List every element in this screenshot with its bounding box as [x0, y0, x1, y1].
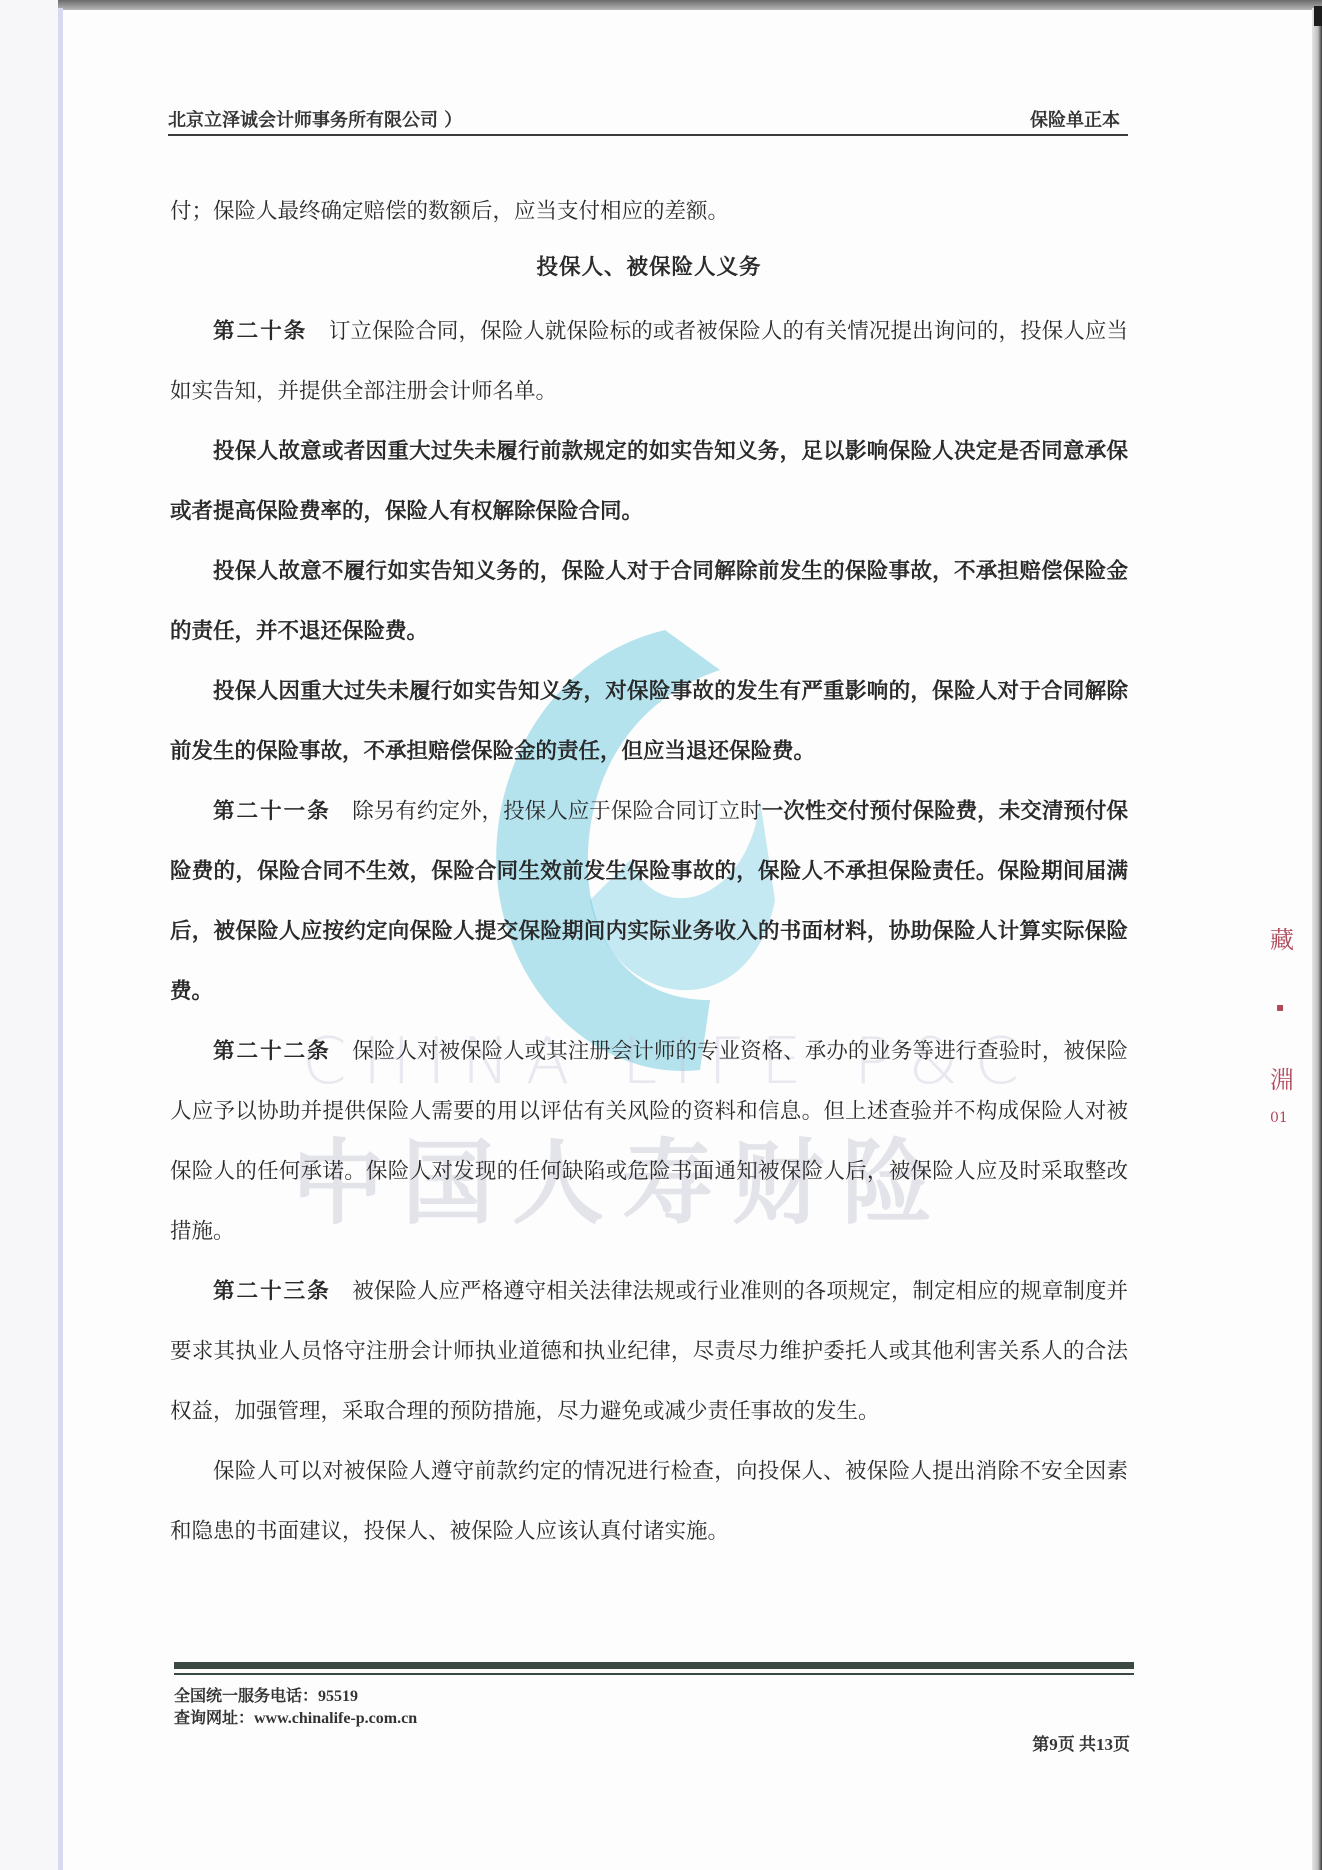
article-number: 第二十条	[213, 319, 307, 344]
article-20-paragraph-4: 投保人因重大过失未履行如实告知义务，对保险事故的发生有严重影响的，保险人对于合同…	[170, 662, 1128, 782]
article-22: 第二十二条保险人对被保险人或其注册会计师的专业资格、承办的业务等进行查验时，被保…	[170, 1022, 1128, 1262]
company-name: 北京立泽诚会计师事务所有限公司 ）	[168, 106, 462, 132]
section-title: 投保人、被保险人义务	[170, 242, 1128, 302]
stamp-char: 淵	[1270, 1060, 1294, 1095]
document-type: 保险单正本	[1030, 106, 1120, 132]
footer-divider-thin	[174, 1673, 1134, 1675]
page-left-edge	[58, 8, 63, 1870]
article-number: 第二十一条	[213, 799, 331, 824]
scan-left-margin	[0, 0, 58, 1870]
page-right-edge	[1312, 8, 1322, 1870]
article-20-paragraph-3: 投保人故意不履行如实告知义务的，保险人对于合同解除前发生的保险事故，不承担赔偿保…	[170, 542, 1128, 662]
scan-corner-shadow	[1314, 6, 1322, 26]
article-text-bold: 一次性交付预付保险费，未交清预付保险费的，保险合同不生效，保险合同生效前发生保险…	[170, 799, 1128, 1004]
article-20: 第二十条订立保险合同，保险人就保险标的或者被保险人的有关情况提出询问的，投保人应…	[170, 302, 1128, 422]
article-23-paragraph-2: 保险人可以对被保险人遵守前款约定的情况进行检查，向投保人、被保险人提出消除不安全…	[170, 1442, 1128, 1562]
stamp-mark: ▪	[1276, 1000, 1284, 1014]
article-number: 第二十二条	[213, 1039, 331, 1064]
article-23: 第二十三条被保险人应严格遵守相关法律法规或行业准则的各项规定，制定相应的规章制度…	[170, 1262, 1128, 1442]
page-header: 北京立泽诚会计师事务所有限公司 ） 保险单正本	[168, 104, 1128, 136]
document-body: 付；保险人最终确定赔偿的数额后，应当支付相应的差额。 投保人、被保险人义务 第二…	[170, 182, 1128, 1562]
website-link: 查询网址：www.chinalife-p.com.cn	[174, 1708, 417, 1730]
article-number: 第二十三条	[213, 1279, 331, 1304]
service-hotline: 全国统一服务电话：95519	[174, 1686, 417, 1708]
article-21: 第二十一条除另有约定外，投保人应于保险合同订立时一次性交付预付保险费，未交清预付…	[170, 782, 1128, 1022]
article-text: 保险人对被保险人或其注册会计师的专业资格、承办的业务等进行查验时，被保险人应予以…	[170, 1039, 1128, 1244]
footer-divider	[174, 1662, 1134, 1669]
footer-contact: 全国统一服务电话：95519 查询网址：www.chinalife-p.com.…	[174, 1686, 417, 1730]
article-text: 订立保险合同，保险人就保险标的或者被保险人的有关情况提出询问的，投保人应当如实告…	[170, 319, 1128, 404]
scan-top-edge	[58, 0, 1322, 10]
page-number: 第9页 共13页	[1000, 1730, 1130, 1755]
seal-stamp: 藏 ▪ 淵 01	[1270, 920, 1296, 1160]
continuation-paragraph: 付；保险人最终确定赔偿的数额后，应当支付相应的差额。	[170, 182, 1128, 242]
article-20-paragraph-2: 投保人故意或者因重大过失未履行前款规定的如实告知义务，足以影响保险人决定是否同意…	[170, 422, 1128, 542]
article-text: 除另有约定外，投保人应于保险合同订立时	[352, 799, 761, 824]
stamp-char: 01	[1270, 1110, 1288, 1126]
stamp-char: 藏	[1270, 920, 1294, 955]
